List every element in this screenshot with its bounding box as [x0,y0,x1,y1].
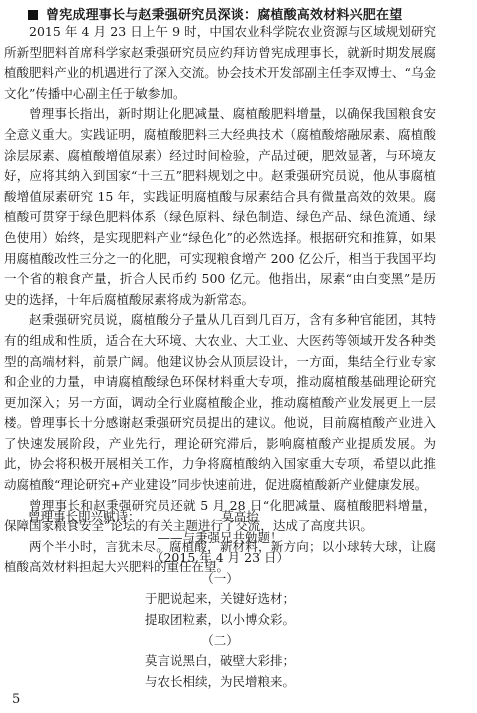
poem-dedication: ——与秉强兄共勉题！ [100,528,340,549]
article-heading: 曾宪成理事长与赵秉强研究员深谈：腐植酸高效材料兴肥在望 [28,4,402,23]
paragraph: 2015 年 4 月 23 日上午 9 时，中国农业科学院农业资源与区域规划研究… [4,22,436,104]
page-number: 5 [12,692,20,707]
article-body: 2015 年 4 月 23 日上午 9 时，中国农业科学院农业资源与区域规划研究… [4,22,436,578]
poem-line: 提取团粒素，以小博众彩。 [100,610,340,631]
paragraph: 赵秉强研究员说，腐植酸分子量从几百到几百万，含有多种官能团，其特有的组成和性质，… [4,310,436,495]
stanza-label: （二） [100,631,340,652]
poem-line: 与农长相续，为民增粮来。 [100,672,340,693]
poem-title: 莫高抬 [140,507,340,528]
paragraph: 曾理事长指出，新时期让化肥减量、腐植酸肥料增量，以确保我国粮食安全意义重大。实践… [4,104,436,310]
heading-text: 曾宪成理事长与赵秉强研究员深谈：腐植酸高效材料兴肥在望 [46,8,402,23]
poem: 莫高抬 ——与秉强兄共勉题！ （2015 年 4 月 23 日） （一） 于肥说… [100,507,340,692]
poem-line: 莫言说黑白，破壁大彩排； [100,651,340,672]
square-bullet-icon [28,10,38,20]
poem-line: 于肥说起来，关键好选材； [100,589,340,610]
poem-date: （2015 年 4 月 23 日） [100,548,340,569]
document-page: 曾宪成理事长与赵秉强研究员深谈：腐植酸高效材料兴肥在望 2015 年 4 月 2… [0,0,477,713]
stanza-label: （一） [100,569,340,590]
